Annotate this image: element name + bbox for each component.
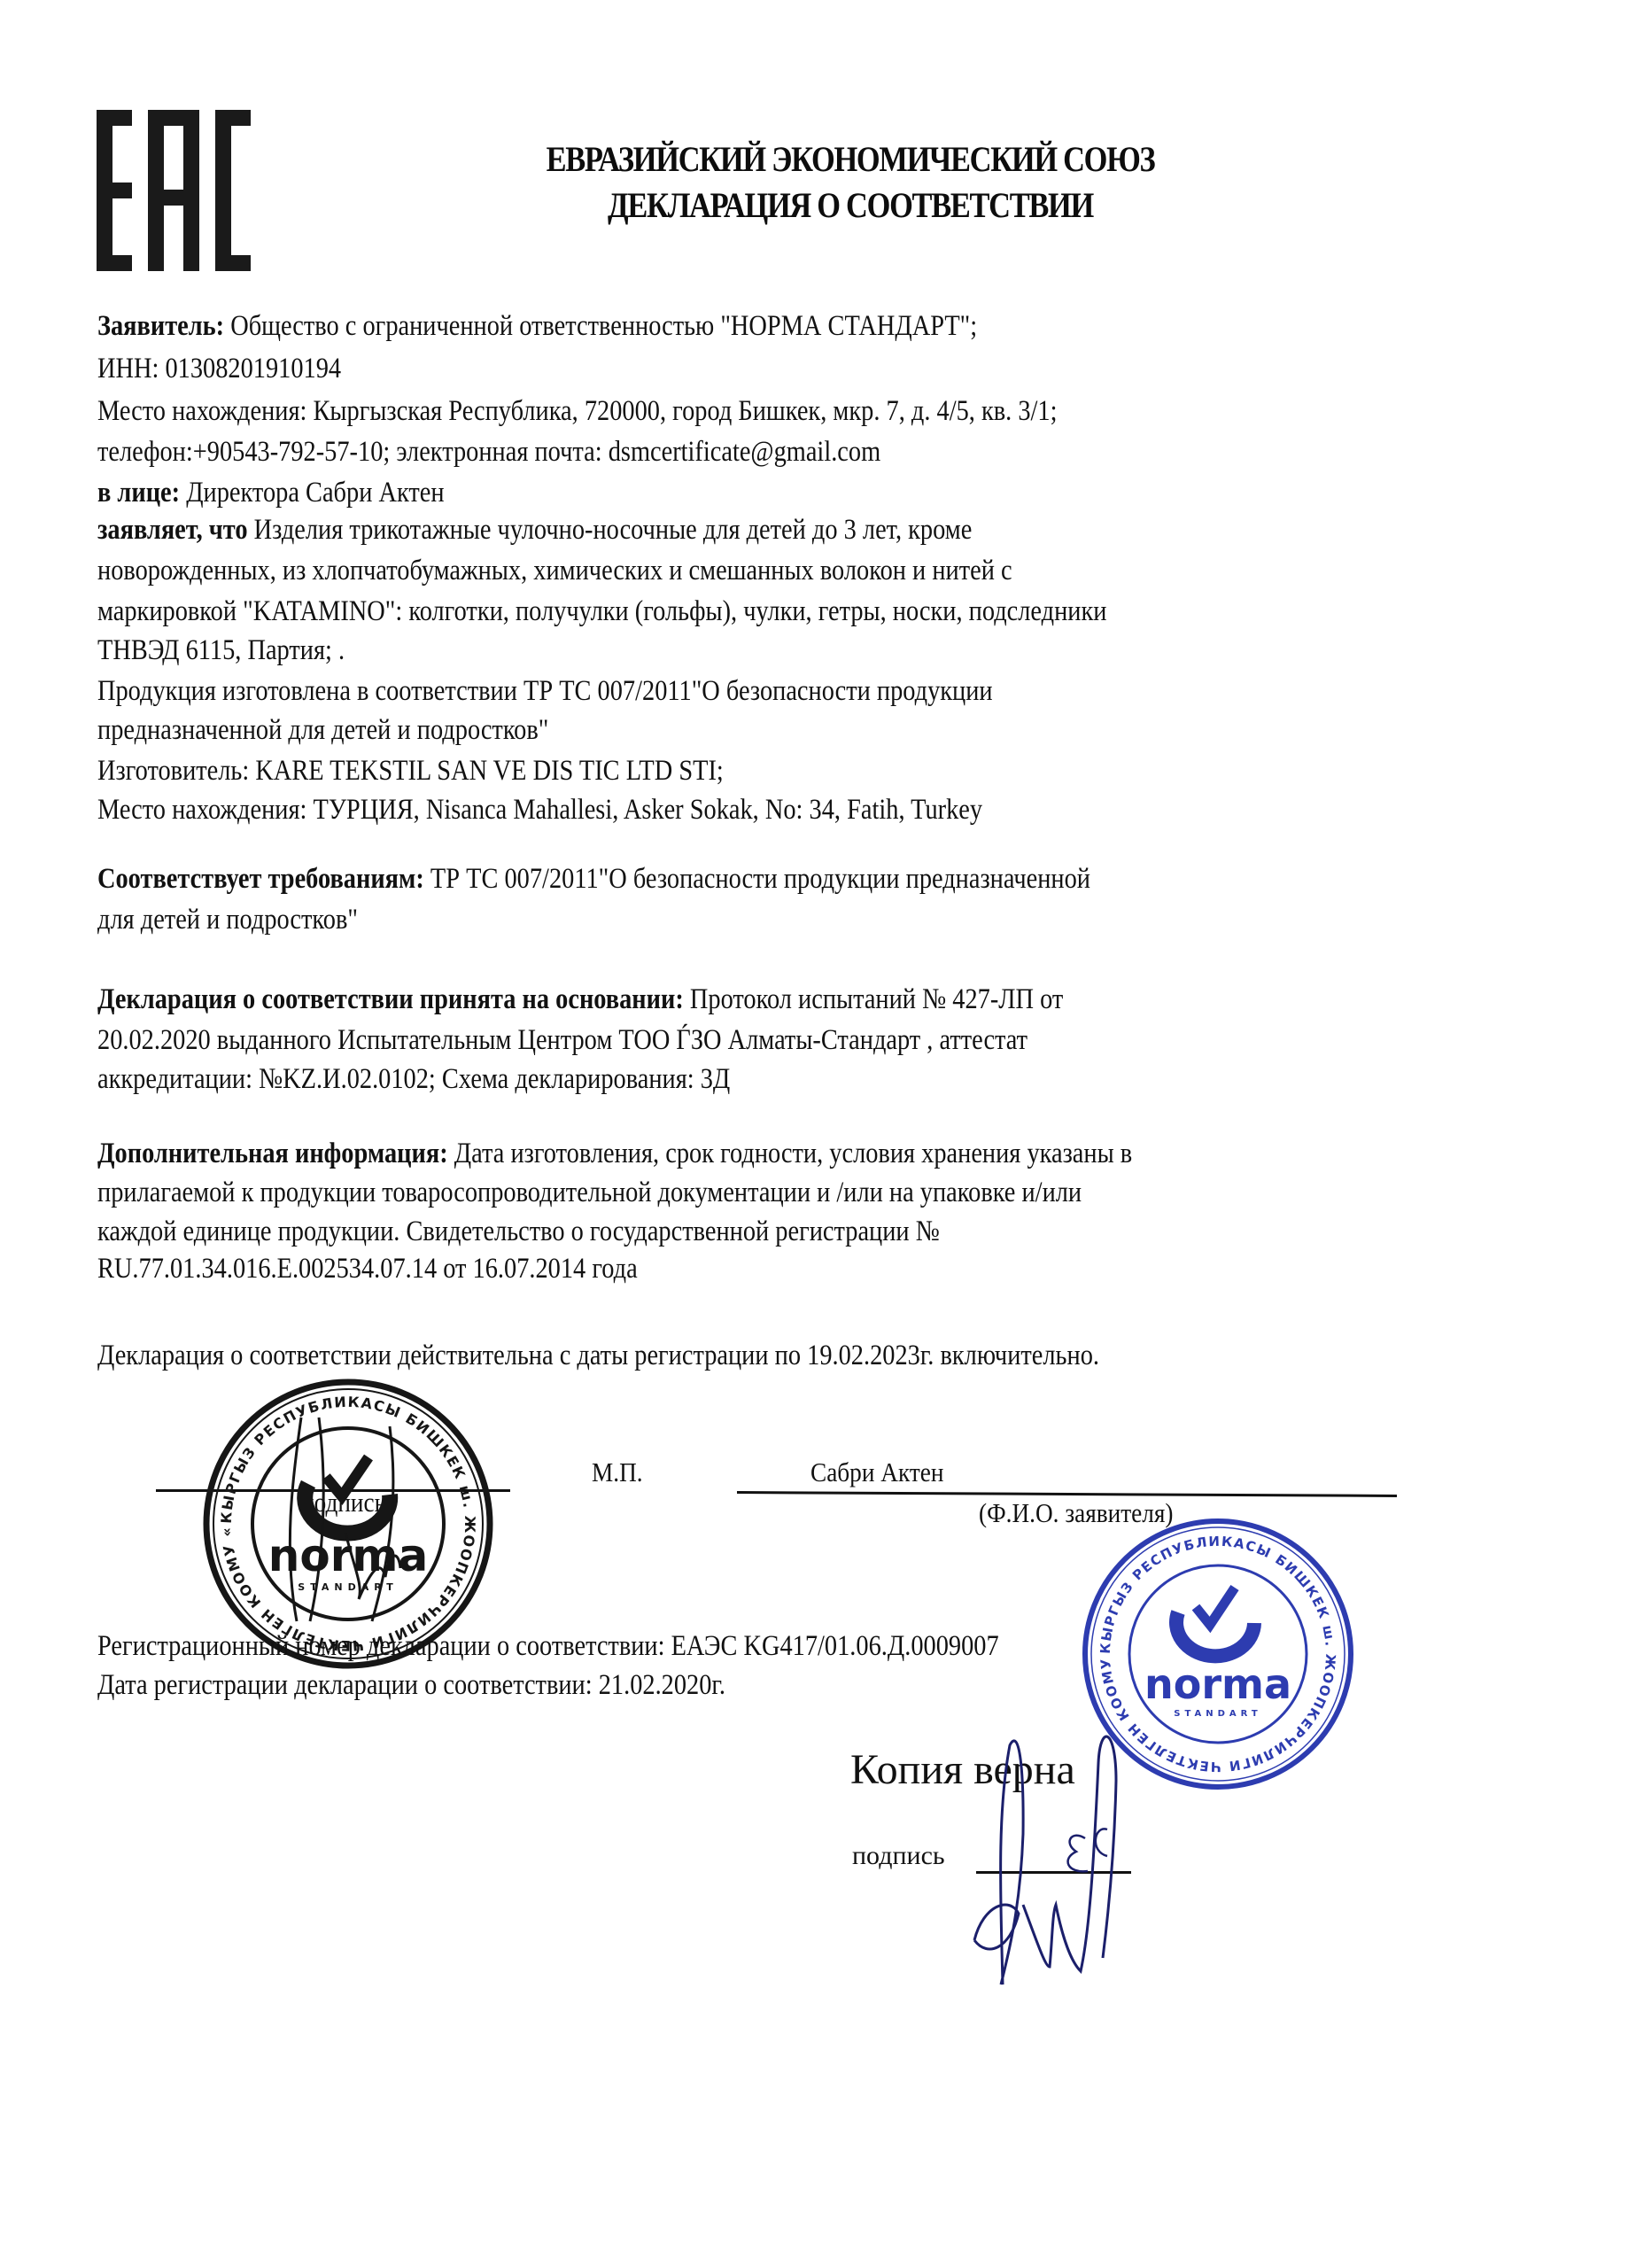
validity-statement: Декларация о соответствии действительна … (97, 1338, 1099, 1373)
seal-label: М.П. (592, 1456, 643, 1488)
represented-label: в лице: (97, 477, 180, 509)
copy-signature (948, 1728, 1205, 1993)
manufacturer-address: Место нахождения: ТУРЦИЯ, Nisanca Mahall… (97, 792, 982, 827)
produced-line-0: Продукция изготовлена в соответствии ТР … (97, 673, 993, 709)
applicant-contacts: телефон:+90543-792-57-10; электронная по… (97, 434, 880, 470)
conformity-value-1: ТР ТС 007/2011"О безопасности продукции … (424, 863, 1090, 895)
registration-number: Регистрационный номер декларации о соотв… (97, 1628, 999, 1664)
product-line-0: Изделия трикотажные чулочно-носочные для… (248, 514, 973, 546)
conformity-line: Соответствует требованиям: ТР ТС 007/201… (97, 861, 1090, 897)
additional-value-4: RU.77.01.34.016.E.002534.07.14 от 16.07.… (97, 1251, 638, 1286)
basis-label: Декларация о соответствии принята на осн… (97, 983, 684, 1015)
product-line-2: маркировкой "KATAMINO": колготки, получу… (97, 594, 1106, 629)
conformity-label: Соответствует требованиям: (97, 863, 424, 895)
svg-text:STANDART: STANDART (1174, 1709, 1261, 1719)
signer-name: Сабри Актен (810, 1456, 943, 1488)
applicant-signature (248, 1409, 452, 1630)
applicant-line: Заявитель: Общество с ограниченной ответ… (97, 308, 977, 344)
basis-line: Декларация о соответствии принята на осн… (97, 982, 1063, 1017)
svg-text:norma: norma (1144, 1660, 1291, 1708)
additional-label: Дополнительная информация: (97, 1138, 448, 1169)
copy-signature-label: подпись (852, 1841, 945, 1871)
conformity-value-2: для детей и подростков" (97, 902, 358, 937)
title-union: ЕВРАЗИЙСКИЙ ЭКОНОМИЧЕСКИЙ СОЮЗ (469, 138, 1231, 180)
declares-line: заявляет, что Изделия трикотажные чулочн… (97, 512, 972, 548)
additional-value-1: Дата изготовления, срок годности, услови… (448, 1138, 1132, 1169)
additional-value-3: каждой единице продукции. Свидетельство … (97, 1214, 940, 1249)
applicant-inn: ИНН: 01308201910194 (97, 351, 341, 386)
produced-line-1: предназначенной для детей и подростков" (97, 712, 548, 748)
declares-label: заявляет, что (97, 514, 248, 546)
applicant-represented: в лице: Директора Сабри Актен (97, 475, 445, 510)
title-declaration: ДЕКЛАРАЦИЯ О СООТВЕТСТВИИ (469, 184, 1231, 226)
eac-logo-icon (95, 110, 251, 271)
applicant-address: Место нахождения: Кыргызская Республика,… (97, 393, 1058, 429)
basis-value-1: Протокол испытаний № 427-ЛП от (684, 983, 1064, 1015)
product-line-1: новорожденных, из хлопчатобумажных, хими… (97, 553, 1012, 588)
manufacturer: Изготовитель: KARE TEKSTIL SAN VE DIS TI… (97, 753, 724, 788)
basis-value-2: 20.02.2020 выданного Испытательным Центр… (97, 1022, 1027, 1058)
basis-value-3: аккредитации: №KZ.И.02.0102; Схема декла… (97, 1061, 730, 1097)
applicant-value: Общество с ограниченной ответственностью… (224, 310, 977, 342)
product-line-3: ТНВЭД 6115, Партия; . (97, 633, 345, 668)
additional-value-2: прилагаемой к продукции товаросопроводит… (97, 1175, 1082, 1210)
additional-line: Дополнительная информация: Дата изготовл… (97, 1136, 1132, 1171)
applicant-label: Заявитель: (97, 310, 224, 342)
registration-date: Дата регистрации декларации о соответств… (97, 1667, 725, 1703)
represented-value: Директора Сабри Актен (180, 477, 444, 509)
name-line (737, 1491, 1397, 1497)
